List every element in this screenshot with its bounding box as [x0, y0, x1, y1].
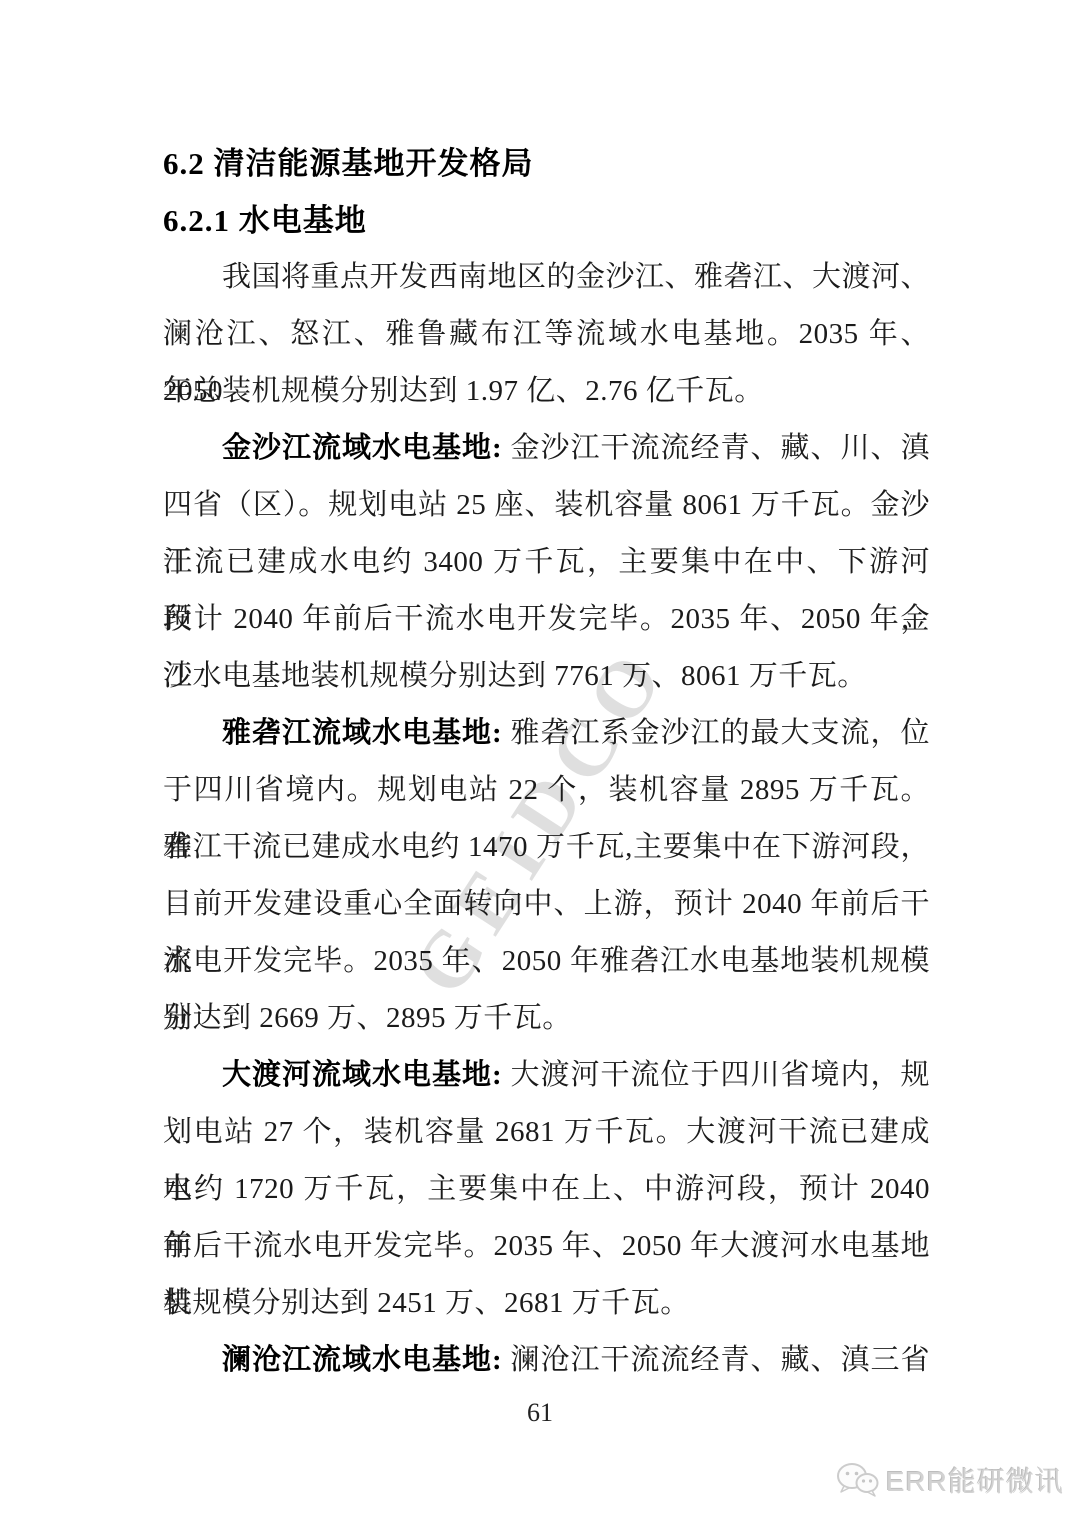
text-line: 江水电基地装机规模分别达到 7761 万、8061 万千瓦。	[163, 648, 930, 705]
text-line: 雅砻江流域水电基地: 雅砻江系金沙江的最大支流，位	[163, 705, 930, 762]
paragraph-jinshajiang: 金沙江流域水电基地: 金沙江干流流经青、藏、川、滇 四省（区）。规划电站 25 …	[163, 420, 930, 705]
paragraph-daduhe: 大渡河流域水电基地: 大渡河干流位于四川省境内，规 划电站 27 个，装机容量 …	[163, 1047, 930, 1332]
paragraph-lead-rest: 大渡河干流位于四川省境内，规	[502, 1059, 930, 1091]
paragraph-lead-rest: 澜沧江干流流经青、藏、滇三省	[502, 1344, 930, 1376]
footer-watermark-label: ERR能研微讯	[886, 1460, 1064, 1500]
subsection-heading: 6.2.1 水电基地	[163, 203, 930, 239]
text-line: 澜沧江、怒江、雅鲁藏布江等流域水电基地。2035 年、2050	[163, 306, 930, 363]
text-line: 机规模分别达到 2451 万、2681 万千瓦。	[163, 1275, 930, 1332]
text-line: 四省（区）。规划电站 25 座、装机容量 8061 万千瓦。金沙江	[163, 477, 930, 534]
text-line: 砻江干流已建成水电约 1470 万千瓦,主要集中在下游河段，	[163, 819, 930, 876]
text-line: 电约 1720 万千瓦，主要集中在上、中游河段，预计 2040 年	[163, 1161, 930, 1218]
text-line: 金沙江流域水电基地: 金沙江干流流经青、藏、川、滇	[163, 420, 930, 477]
text-line: 划电站 27 个，装机容量 2681 万千瓦。大渡河干流已建成水	[163, 1104, 930, 1161]
text-line: 我国将重点开发西南地区的金沙江、雅砻江、大渡河、	[163, 249, 930, 306]
paragraph-lead-bold: 大渡河流域水电基地:	[222, 1059, 502, 1091]
text-line: 年总装机规模分别达到 1.97 亿、2.76 亿千瓦。	[163, 363, 930, 420]
text-line: 前后干流水电开发完毕。2035 年、2050 年大渡河水电基地装	[163, 1218, 930, 1275]
page-content: 6.2 清洁能源基地开发格局 6.2.1 水电基地 我国将重点开发西南地区的金沙…	[163, 146, 930, 1389]
paragraph-intro: 我国将重点开发西南地区的金沙江、雅砻江、大渡河、 澜沧江、怒江、雅鲁藏布江等流域…	[163, 249, 930, 420]
paragraph-lead-bold: 雅砻江流域水电基地:	[222, 717, 502, 749]
page-number: 61	[0, 1398, 1080, 1428]
text-line: 预计 2040 年前后干流水电开发完毕。2035 年、2050 年金沙	[163, 591, 930, 648]
document-page: GEIDCO 6.2 清洁能源基地开发格局 6.2.1 水电基地 我国将重点开发…	[0, 0, 1080, 1527]
text-line: 水电开发完毕。2035 年、2050 年雅砻江水电基地装机规模分	[163, 933, 930, 990]
section-heading: 6.2 清洁能源基地开发格局	[163, 146, 930, 182]
text-line: 别达到 2669 万、2895 万千瓦。	[163, 990, 930, 1047]
text-line: 澜沧江流域水电基地: 澜沧江干流流经青、藏、滇三省	[163, 1332, 930, 1389]
paragraph-yalongjiang: 雅砻江流域水电基地: 雅砻江系金沙江的最大支流，位 于四川省境内。规划电站 22…	[163, 705, 930, 1047]
text-line: 于四川省境内。规划电站 22 个，装机容量 2895 万千瓦。雅	[163, 762, 930, 819]
text-line: 干流已建成水电约 3400 万千瓦，主要集中在中、下游河段，	[163, 534, 930, 591]
text-line: 目前开发建设重心全面转向中、上游，预计 2040 年前后干流	[163, 876, 930, 933]
paragraph-lead-bold: 澜沧江流域水电基地:	[222, 1344, 502, 1376]
footer-watermark: ERR能研微讯	[834, 1460, 1064, 1500]
paragraph-lead-rest: 雅砻江系金沙江的最大支流，位	[502, 717, 930, 749]
paragraph-lead-bold: 金沙江流域水电基地:	[222, 432, 502, 464]
wechat-bubbles-icon	[834, 1461, 880, 1499]
paragraph-lancangjiang: 澜沧江流域水电基地: 澜沧江干流流经青、藏、滇三省	[163, 1332, 930, 1389]
text-line: 大渡河流域水电基地: 大渡河干流位于四川省境内，规	[163, 1047, 930, 1104]
paragraph-lead-rest: 金沙江干流流经青、藏、川、滇	[502, 432, 930, 464]
